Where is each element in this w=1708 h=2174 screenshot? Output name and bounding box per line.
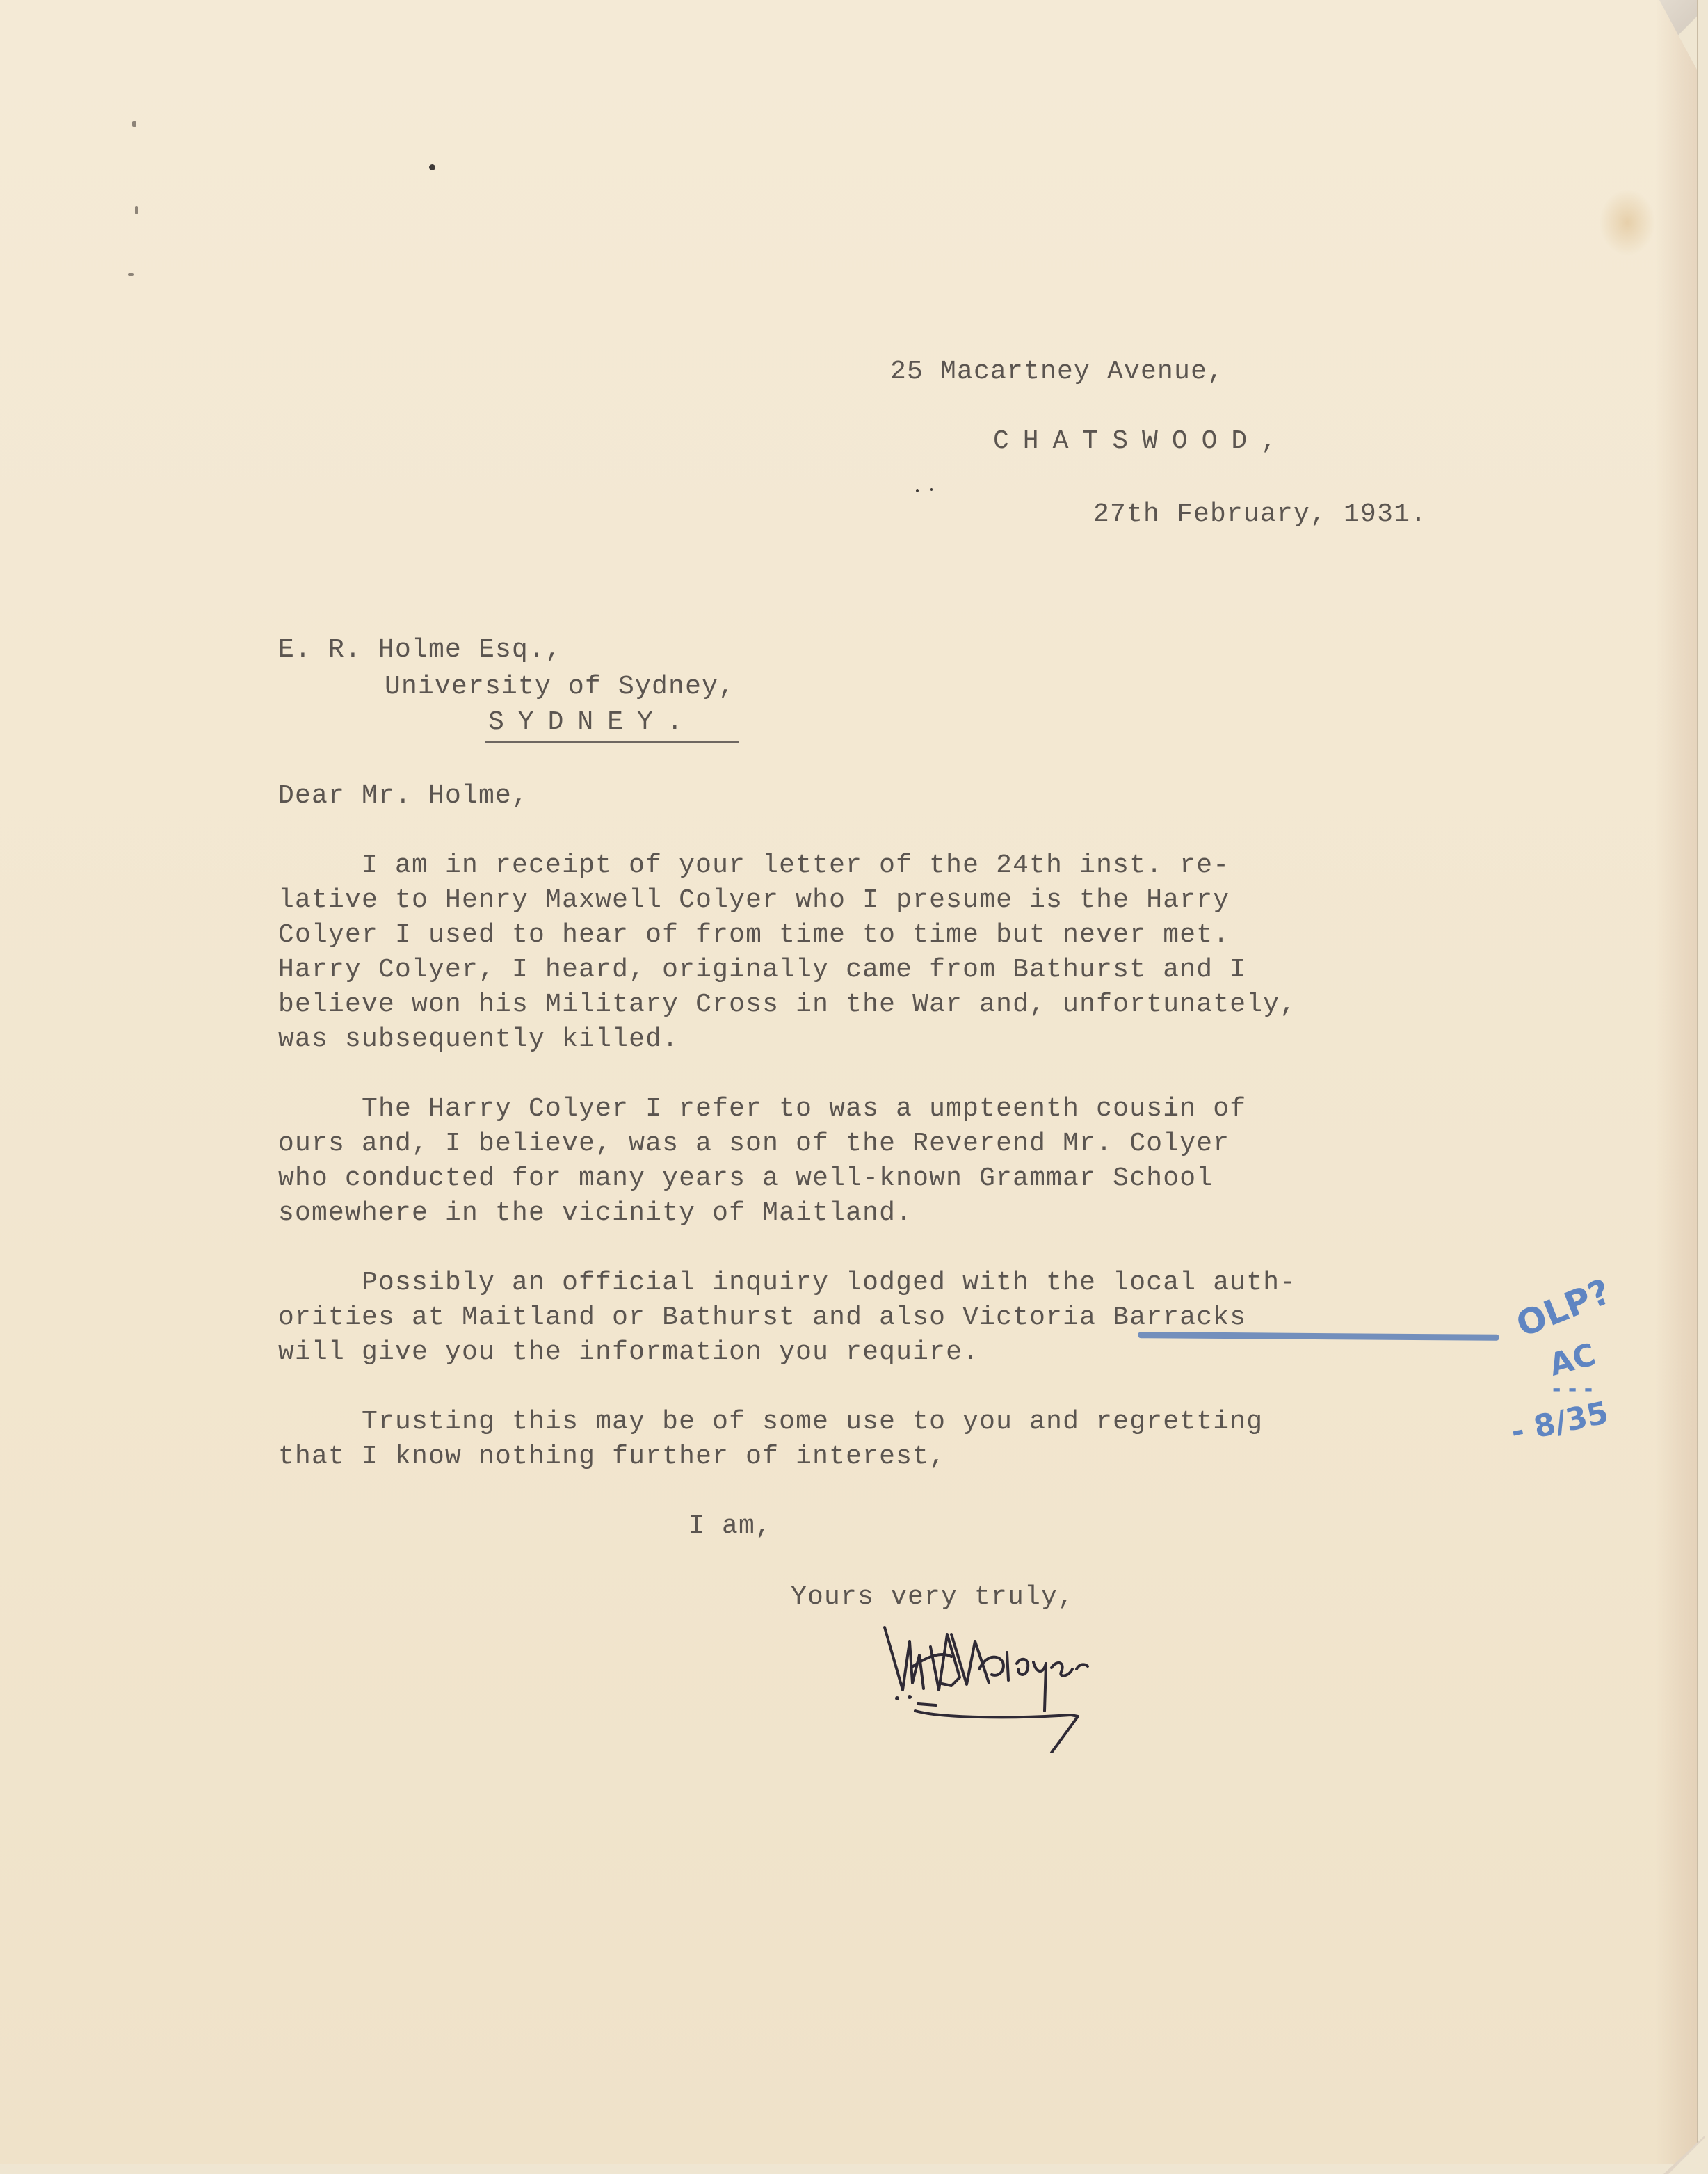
recipient-name: E. R. Holme Esq., [278, 633, 562, 668]
ink-speck [916, 489, 919, 492]
letter-date: 27th February, 1931. [1093, 497, 1427, 532]
paper-mark [135, 206, 138, 214]
body-line: ours and, I believe, was a son of the Re… [278, 1127, 1230, 1161]
salutation: Dear Mr. Holme, [278, 779, 529, 814]
signature-dot [908, 1695, 912, 1699]
ink-speck [930, 488, 933, 491]
body-line: will give you the information you requir… [278, 1335, 979, 1370]
closing-i-am: I am, [688, 1509, 772, 1544]
body-line: Possibly an official inquiry lodged with… [278, 1266, 1296, 1301]
body-line: who conducted for many years a well-know… [278, 1161, 1213, 1196]
body-line: was subsequently killed. [278, 1022, 679, 1057]
closing-yours-truly: Yours very truly, [791, 1580, 1074, 1615]
sender-street: 25 Macartney Avenue, [890, 355, 1224, 389]
body-line: Colyer I used to hear of from time to ti… [278, 918, 1230, 953]
body-line: somewhere in the vicinity of Maitland. [278, 1196, 912, 1231]
body-line: orities at Maitland or Bathurst and also… [278, 1301, 1246, 1335]
signature [869, 1613, 1161, 1753]
ink-speck [429, 164, 435, 170]
paper-mark [132, 121, 136, 127]
sender-suburb: CHATSWOOD, [993, 424, 1291, 459]
recipient-city: SYDNEY. [488, 705, 697, 740]
body-line: I am in receipt of your letter of the 24… [278, 848, 1230, 883]
body-line: The Harry Colyer I refer to was a umptee… [278, 1092, 1246, 1127]
body-line: that I know nothing further of interest, [278, 1440, 946, 1474]
body-line: Harry Colyer, I heard, originally came f… [278, 953, 1246, 988]
letter-paper [0, 0, 1697, 2164]
recipient-institution: University of Sydney, [385, 670, 735, 704]
body-line: Trusting this may be of some use to you … [278, 1405, 1263, 1440]
signature-dot [895, 1696, 899, 1700]
body-line: believe won his Military Cross in the Wa… [278, 988, 1296, 1022]
body-line: lative to Henry Maxwell Colyer who I pre… [278, 883, 1230, 918]
annotation-line: - - - [1552, 1377, 1593, 1401]
paper-mark [128, 273, 134, 276]
city-underline [485, 741, 739, 743]
